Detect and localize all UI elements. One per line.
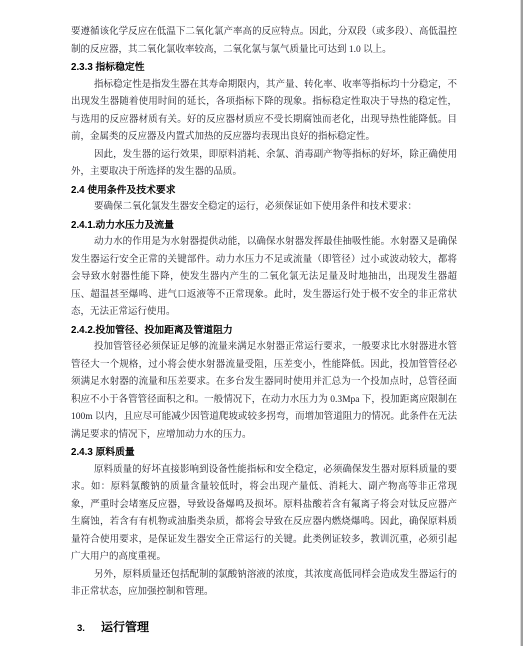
- section-heading: 3.运行管理: [71, 617, 457, 639]
- paragraph: 因此，发生器的运行效果，即原料消耗、余氯、消毒副产物等指标的好坏，除正确使用外，…: [71, 147, 457, 182]
- document-body: 要遵循该化学反应在低温下二氧化氯产率高的反应特点。因此，分双段（或多段）、高低温…: [71, 24, 457, 639]
- paragraph: 要确保二氧化氯发生器安全稳定的运行，必须保证如下使用条件和技术要求：: [71, 199, 457, 217]
- sub-heading: 2.3.3 指标稳定性: [71, 59, 457, 77]
- sub-heading: 2.4.2.投加管径、投加距离及管道阻力: [71, 322, 457, 340]
- page-edge-line: [520, 0, 523, 646]
- sub-heading: 2.4.1.动力水压力及流量: [71, 217, 457, 235]
- paragraph: 原料质量的好坏直接影响到设备性能指标和安全稳定，必须确保发生器对原料质量的要求。…: [71, 462, 457, 567]
- paragraph: 要遵循该化学反应在低温下二氧化氯产率高的反应特点。因此，分双段（或多段）、高低温…: [71, 24, 457, 59]
- paragraph: 动力水的作用是为水射器提供动能，以确保水射器发挥最佳抽吸性能。水射器又是确保发生…: [71, 234, 457, 322]
- document-page: 要遵循该化学反应在低温下二氧化氯产率高的反应特点。因此，分双段（或多段）、高低温…: [0, 0, 530, 646]
- paragraph: 另外，原料质量还包括配制的氯酸钠溶液的浓度，其浓度高低同样会造成发生器运行的非正…: [71, 567, 457, 602]
- section-number: 3.: [77, 619, 85, 639]
- section-title: 运行管理: [101, 617, 149, 637]
- sub-heading: 2.4 使用条件及技术要求: [71, 182, 457, 200]
- paragraph: 指标稳定性是指发生器在其寿命期限内，其产量、转化率、收率等指标均十分稳定，不出现…: [71, 77, 457, 147]
- paragraph: 投加管管径必须保证足够的流量来满足水射器正常运行要求，一般要求比水射器进水管管径…: [71, 339, 457, 444]
- sub-heading: 2.4.3 原料质量: [71, 444, 457, 462]
